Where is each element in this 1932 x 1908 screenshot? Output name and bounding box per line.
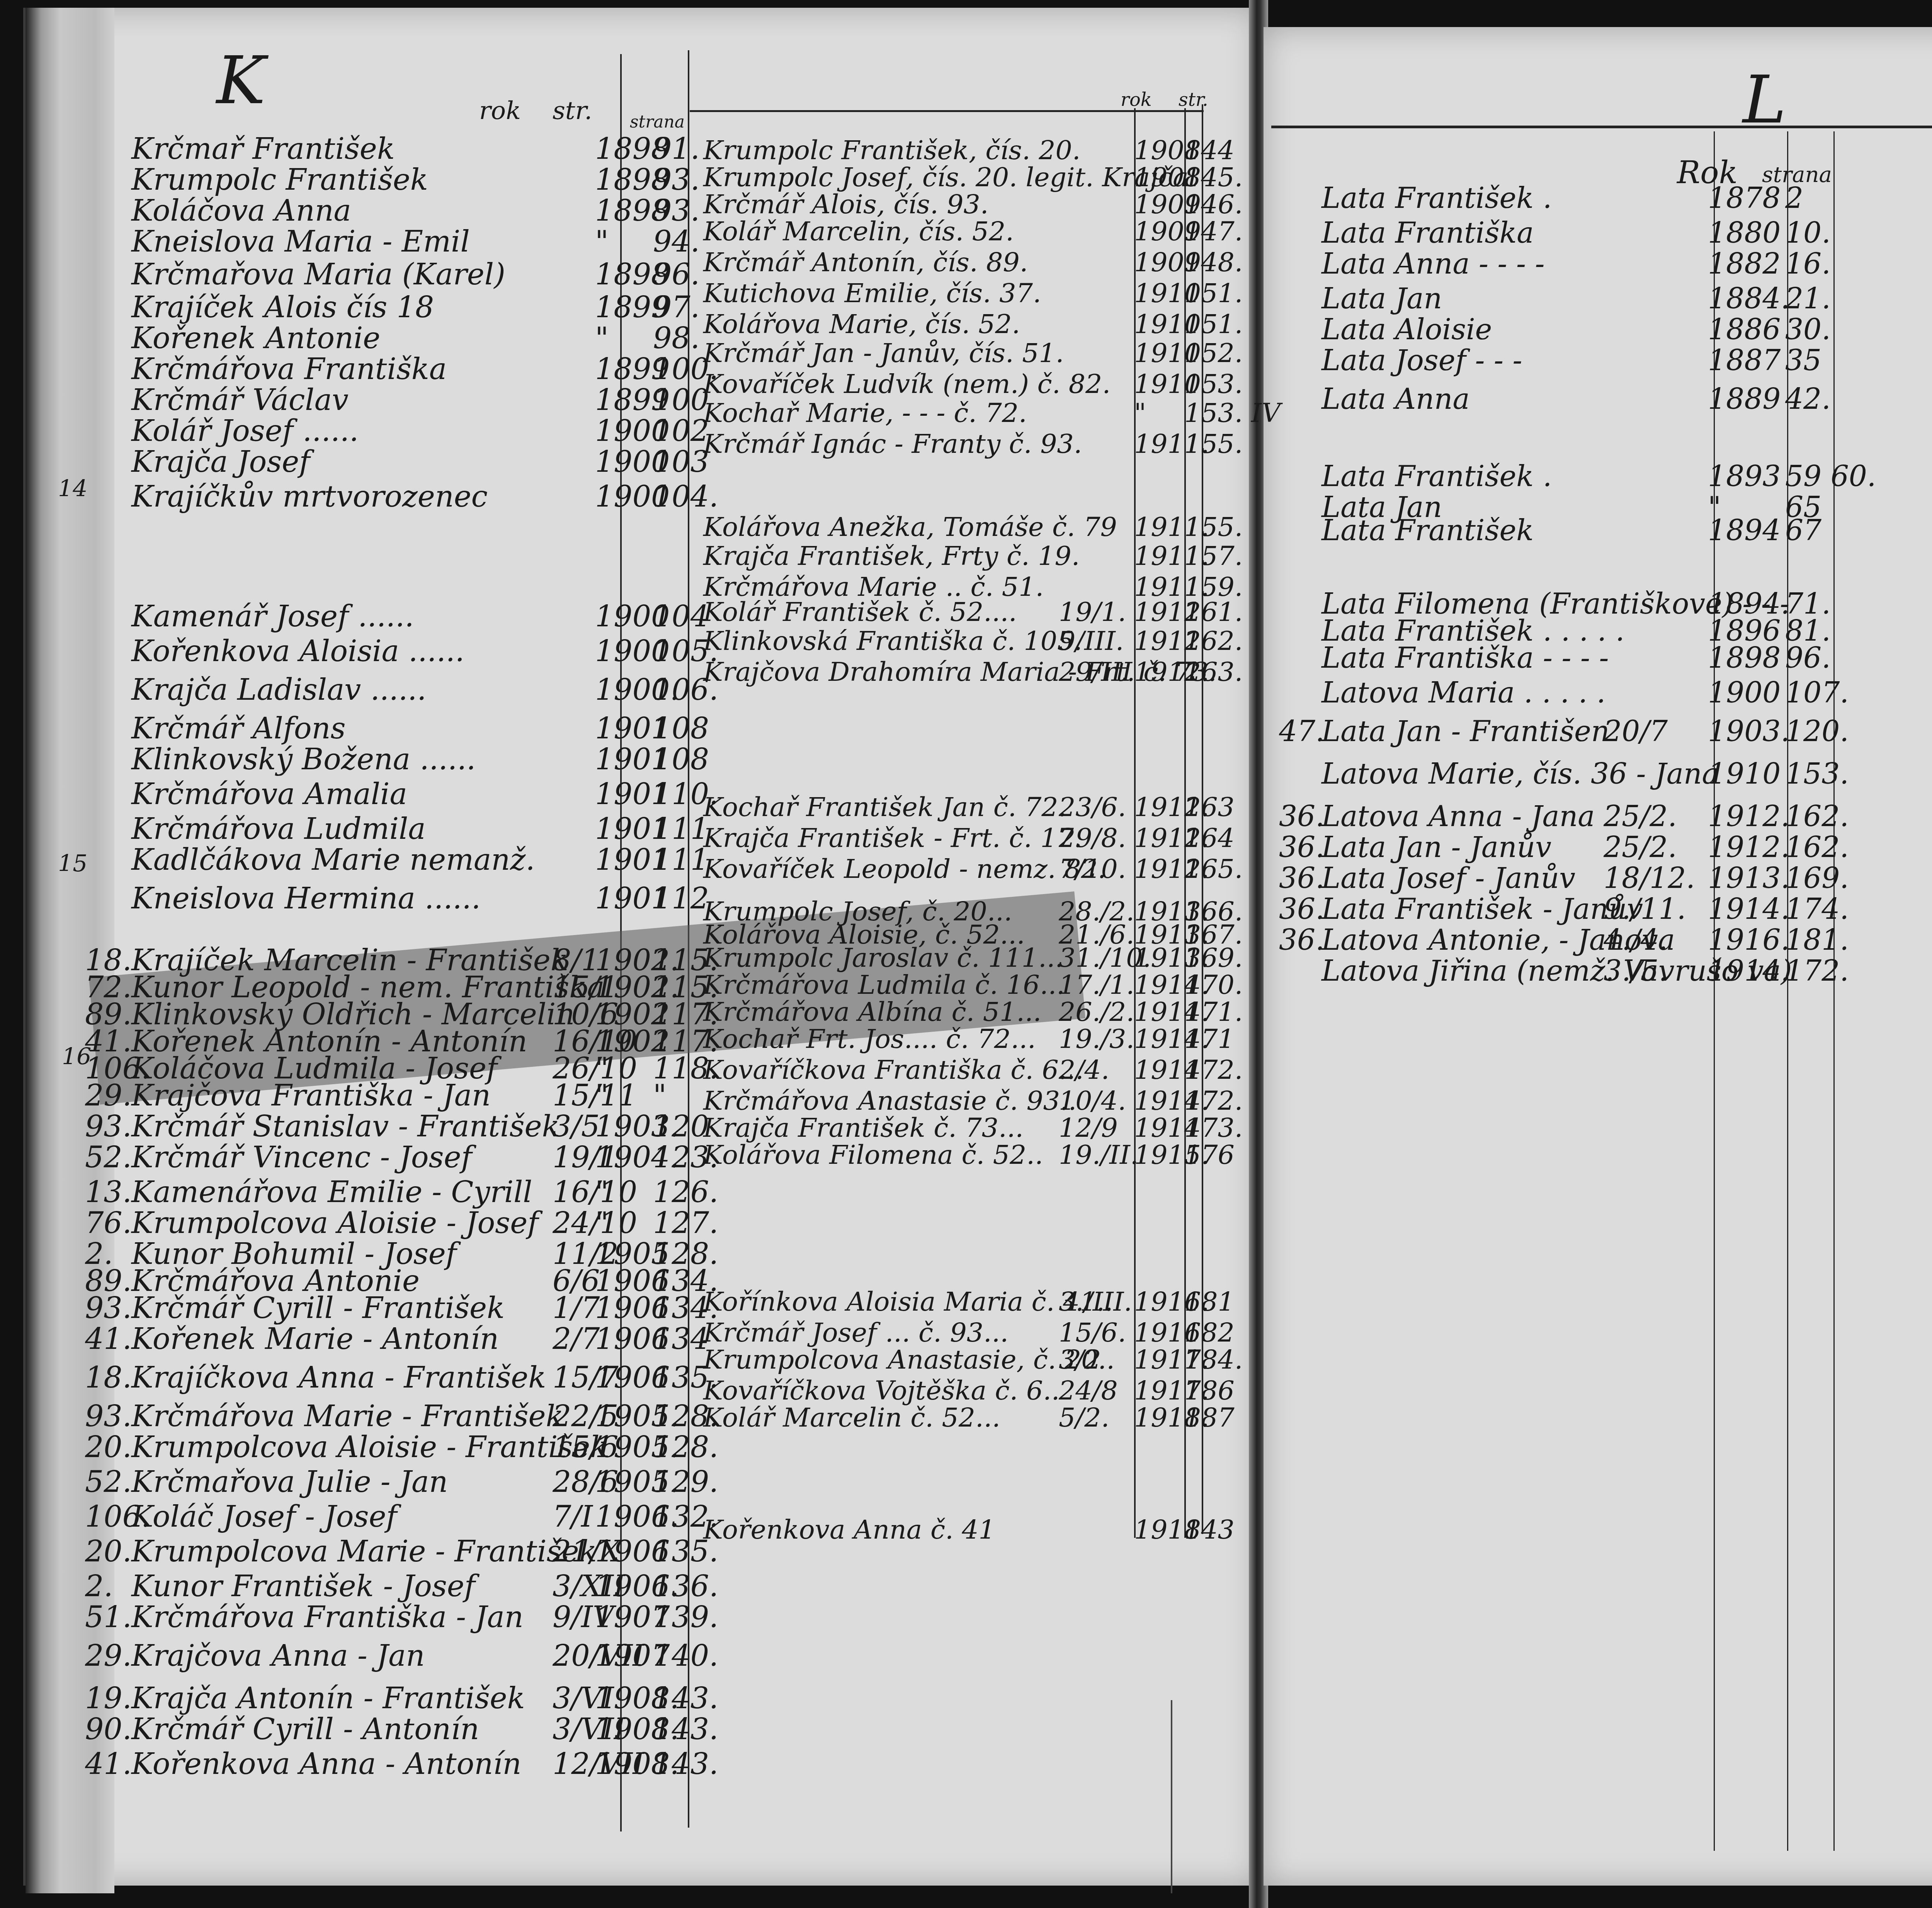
register-entry: 2.Kunor František - Josef3/XII1906.136. bbox=[89, 1569, 475, 1604]
register-entry: Kochař Marie, - - - č. 72."153. IV bbox=[703, 398, 1027, 431]
register-entry: 13.Kamenářova Emilie - Cyrill16/10"126. bbox=[89, 1175, 532, 1209]
entry-name: Krčmařova Maria (Karel) bbox=[131, 257, 505, 291]
entry-page: 100 bbox=[653, 383, 709, 417]
entry-name: Krčmář Antonín, čís. 89. bbox=[703, 247, 1028, 278]
register-entry: 41.Kořenek Marie - Antonín2/71906134 bbox=[89, 1321, 499, 1356]
entry-number: 76. bbox=[85, 1206, 132, 1240]
entry-page: 59 60. bbox=[1785, 460, 1876, 493]
entry-page: 120. bbox=[1785, 715, 1849, 748]
entry-year: " bbox=[595, 1175, 609, 1209]
register-entry: Lata Josef - - -188735 bbox=[1287, 344, 1522, 379]
entry-name: Krčmář Ignác - Franty č. 93. bbox=[703, 429, 1082, 459]
register-entry: 106.Koláč Josef - Josef7/I1906.132. bbox=[89, 1499, 397, 1534]
register-entry: Lata Aloisie188630. bbox=[1287, 313, 1492, 349]
header-rok: rok bbox=[479, 97, 521, 125]
register-entry: Kořínkova Aloisia Maria č. 41..3./III.19… bbox=[703, 1287, 1113, 1320]
entry-year: 1894 bbox=[1708, 514, 1781, 547]
entry-date: 19./3. bbox=[1059, 1024, 1134, 1054]
entry-page: 171 bbox=[1184, 1024, 1235, 1054]
register-entry: Krčmář Václav1899100 bbox=[89, 383, 349, 417]
entry-name: Krčmář Alfons bbox=[131, 711, 346, 745]
entry-year: 1913. bbox=[1708, 862, 1790, 895]
entry-year: 1916. bbox=[1708, 923, 1790, 957]
entry-page: 120 bbox=[653, 1109, 709, 1143]
entry-number: 18. bbox=[85, 1360, 132, 1394]
entry-number: 29. bbox=[85, 1078, 132, 1112]
entry-number: 36. bbox=[1279, 831, 1325, 864]
entry-page: 187 bbox=[1184, 1403, 1235, 1433]
entry-name: Krčmařova Julie - Jan bbox=[131, 1464, 448, 1499]
register-entry: 20.Krumpolcova Marie - František21/X1906… bbox=[89, 1534, 597, 1569]
register-entry: Kolář František č. 52....19/1.1912161. bbox=[703, 597, 1017, 630]
entry-year: 1878 bbox=[1708, 182, 1781, 215]
entry-name: Krčmář Josef ... č. 93... bbox=[703, 1318, 1009, 1348]
entry-name: Krčmářova Františka bbox=[131, 352, 447, 386]
entry-name: Lata Františka bbox=[1321, 216, 1534, 250]
entry-name: Lata Anna bbox=[1321, 383, 1470, 416]
entry-page: 102 bbox=[653, 413, 709, 448]
register-entry: Kadlčákova Marie nemanž.1901111 bbox=[89, 842, 535, 877]
entry-number: 2. bbox=[85, 1569, 113, 1603]
register-entry: Kolář Josef ......1900102 bbox=[89, 413, 359, 448]
entry-page: 182 bbox=[1184, 1318, 1235, 1348]
register-entry: Krčmařova Maria (Karel)189896. bbox=[89, 257, 505, 292]
register-entry: Krumpolcova Anastasie, č. 20..3/21917.18… bbox=[703, 1345, 1115, 1378]
entry-name: Kolářova Filomena č. 52.. bbox=[703, 1140, 1043, 1170]
entry-name: Krčmářova Ludmila bbox=[131, 811, 426, 846]
margin-number: 14 bbox=[58, 475, 87, 502]
entry-name: Lata František . bbox=[1321, 460, 1552, 493]
register-entry: Krčmářova Ludmila1901111 bbox=[89, 811, 426, 846]
entry-page: 144 bbox=[1184, 135, 1235, 166]
entry-year: " bbox=[595, 1206, 609, 1240]
entry-date: 29/8. bbox=[1059, 823, 1126, 854]
header-rok-b: rok bbox=[1121, 89, 1152, 111]
entry-name: Krajíčkova Anna - František bbox=[131, 1360, 546, 1394]
register-entry: Krčmářova Františka1899100. bbox=[89, 352, 447, 386]
entry-name: Kovaříčkova Vojtěška č. 6.. bbox=[703, 1376, 1060, 1406]
entry-name: Lata František - Janův bbox=[1321, 893, 1643, 926]
entry-number: 106. bbox=[85, 1499, 150, 1534]
entry-number: 19. bbox=[85, 1681, 132, 1715]
entry-name: Kneislova Maria - Emil bbox=[131, 224, 470, 258]
entry-date: 9/III. bbox=[1059, 626, 1124, 656]
entry-year: 1884. bbox=[1708, 282, 1790, 315]
entry-date: 1/7 bbox=[553, 1291, 600, 1325]
register-entry: Klinkovský Božena ......1901108 bbox=[89, 742, 476, 777]
entry-date: 10/4. bbox=[1059, 1086, 1126, 1116]
entry-date: 18/12. bbox=[1604, 862, 1695, 895]
register-entry: Kořenkova Anna č. 411918143 bbox=[703, 1515, 995, 1548]
column-rule bbox=[1833, 131, 1835, 1851]
entry-name: Kochař Marie, - - - č. 72. bbox=[703, 398, 1027, 429]
entry-name: Kochař František Jan č. 72. bbox=[703, 792, 1066, 823]
entry-page: 21. bbox=[1785, 282, 1831, 315]
register-entry: 19.Krajča Antonín - František3/VI1908.14… bbox=[89, 1681, 525, 1716]
entry-year: 1910 bbox=[1708, 757, 1781, 791]
entry-page: 169. bbox=[1785, 862, 1849, 895]
entry-name: Krajíček Alois čís 18 bbox=[131, 290, 434, 324]
register-entry: Kořenek Antonie"98. bbox=[89, 321, 380, 355]
entry-year: 1880 bbox=[1708, 216, 1781, 250]
header-str-b: str. bbox=[1179, 89, 1208, 111]
entry-name: Lata Anna - - - - bbox=[1321, 247, 1545, 281]
entry-page: 136. bbox=[653, 1569, 718, 1603]
entry-name: Kolář František č. 52.... bbox=[703, 597, 1017, 627]
entry-page: 67 bbox=[1785, 514, 1821, 547]
entry-page: 108 bbox=[653, 742, 709, 776]
register-entry: Koláčova Anna189893. bbox=[89, 193, 351, 228]
register-entry: 47.Lata Jan - Františen20/71903.120. bbox=[1287, 715, 1609, 750]
entry-name: Kovaříček Leopold - nemz. 82. bbox=[703, 854, 1106, 884]
entry-name: Lata Jan - Františen bbox=[1321, 715, 1609, 748]
entry-name: Lata Jan - Janův bbox=[1321, 831, 1551, 864]
entry-year: 1898 bbox=[1708, 641, 1781, 675]
entry-name: Kunor František - Josef bbox=[131, 1569, 475, 1603]
entry-year: 1889 bbox=[1708, 383, 1781, 416]
entry-date: 3./5. bbox=[1604, 954, 1668, 988]
header-str: str. bbox=[553, 97, 592, 125]
register-entry: Krajča František, Frty č. 19.1911.157. bbox=[703, 541, 1080, 574]
entry-name: Krajíčkův mrtvorozenec bbox=[131, 479, 488, 514]
entry-name: Klinkovská Františka č. 105. bbox=[703, 626, 1082, 656]
entry-name: Krajča František, Frty č. 19. bbox=[703, 541, 1080, 571]
entry-page: 169. bbox=[1184, 943, 1243, 973]
entry-page: 107. bbox=[1785, 676, 1849, 709]
entry-name: Kořenkova Anna č. 41 bbox=[703, 1515, 995, 1545]
entry-name: Krumpolc František bbox=[131, 162, 428, 197]
entry-name: Krumpolcova Aloisie - Josef bbox=[131, 1206, 538, 1240]
entry-number: 90. bbox=[85, 1712, 132, 1746]
entry-page: 147. bbox=[1184, 216, 1243, 247]
entry-name: Krajča František - Frt. č. 17. bbox=[703, 823, 1082, 854]
entry-number: 41. bbox=[85, 1321, 132, 1356]
entry-page: 42. bbox=[1785, 383, 1831, 416]
entry-page: 96. bbox=[1785, 641, 1831, 675]
entry-page: 181 bbox=[1184, 1287, 1235, 1317]
entry-year: 1914. bbox=[1708, 893, 1790, 926]
entry-name: Krumpolcova Marie - František bbox=[131, 1534, 597, 1568]
entry-name: Krčmářova Ludmila č. 16... bbox=[703, 970, 1065, 1000]
entry-page: 129. bbox=[653, 1464, 718, 1499]
entry-page: 104 bbox=[653, 599, 709, 633]
entry-number: 20. bbox=[85, 1534, 132, 1568]
entry-date: 2/7 bbox=[553, 1321, 600, 1356]
entry-page: 104. bbox=[653, 479, 718, 514]
entry-year: " bbox=[1134, 398, 1146, 429]
index-letter-k: K bbox=[216, 43, 265, 119]
register-entry: Kořenkova Aloisia ......1900105. bbox=[89, 634, 464, 668]
entry-page: 186 bbox=[1184, 1376, 1235, 1406]
entry-year: 1914. bbox=[1708, 954, 1790, 988]
entry-page: 10. bbox=[1785, 216, 1831, 250]
entry-date: 3./III. bbox=[1059, 1287, 1132, 1317]
entry-year: 1886 bbox=[1708, 313, 1781, 346]
register-entry: Lata Anna - - - -188216. bbox=[1287, 247, 1545, 283]
register-entry: 90.Krčmář Cyrill - Antonín3/VII1908.143. bbox=[89, 1712, 479, 1746]
entry-page: 111 bbox=[653, 842, 709, 877]
entry-page: 108 bbox=[653, 711, 709, 745]
register-entry: 52.Krčmařova Julie - Jan28/61905.129. bbox=[89, 1464, 448, 1499]
entry-name: Kořenek Marie - Antonín bbox=[131, 1321, 499, 1356]
header-strana: strana bbox=[630, 112, 685, 132]
entry-year: 1882 bbox=[1708, 247, 1781, 281]
entry-page: 157. bbox=[1184, 541, 1243, 571]
entry-year: 1912. bbox=[1708, 831, 1790, 864]
entry-page: 176 bbox=[1184, 1140, 1235, 1170]
register-entry: Kovaříček Leopold - nemz. 82.7/10.1912.1… bbox=[703, 854, 1106, 887]
entry-page: 173. bbox=[1184, 1113, 1243, 1143]
entry-date: 25/2. bbox=[1604, 831, 1677, 864]
margin-number: 15 bbox=[58, 850, 87, 877]
entry-year: 1887 bbox=[1708, 344, 1781, 377]
register-entry: Kneislova Maria - Emil"94. bbox=[89, 224, 470, 259]
entry-name: Kneislova Hermina ...... bbox=[131, 881, 481, 915]
entry-name: Krajča Ladislav ...... bbox=[131, 672, 426, 707]
entry-page: 126. bbox=[653, 1175, 718, 1209]
entry-number: 36. bbox=[1279, 893, 1325, 926]
register-entry: Krčmář Jan - Janův, čís. 51.1910152. bbox=[703, 338, 1064, 371]
entry-name: Lata Josef - - - bbox=[1321, 344, 1522, 377]
entry-name: Lata Josef - Janův bbox=[1321, 862, 1575, 895]
entry-page: 2 bbox=[1785, 182, 1803, 215]
entry-name: Krčmářova Albína č. 51... bbox=[703, 997, 1041, 1027]
entry-year: " bbox=[595, 321, 609, 355]
entry-page: 172. bbox=[1184, 1055, 1243, 1085]
entry-name: Krajčova Františka - Jan bbox=[131, 1078, 491, 1112]
entry-page: 140. bbox=[653, 1638, 718, 1673]
register-entry: 29.Krajčova Anna - Jan20/VII1907140. bbox=[89, 1638, 425, 1673]
entry-page: 151. bbox=[1184, 278, 1243, 309]
entry-name: Krčmářova Marie - František bbox=[131, 1399, 563, 1433]
entry-page: 139. bbox=[653, 1600, 718, 1634]
entry-date: 12/9 bbox=[1059, 1113, 1118, 1143]
entry-number: 36. bbox=[1279, 923, 1325, 957]
entry-name: Kořínkova Aloisia Maria č. 41.. bbox=[703, 1287, 1113, 1317]
entry-name: Kolář Marcelin č. 52... bbox=[703, 1403, 1000, 1433]
register-entry: 36.Lata Josef - Janův18/12.1913.169. bbox=[1287, 862, 1575, 897]
entry-name: Latova Maria . . . . . bbox=[1321, 676, 1605, 709]
entry-page: 93. bbox=[653, 193, 700, 228]
register-entry: 93.Krčmář Stanislav - František3/51903.1… bbox=[89, 1109, 560, 1144]
entry-name: Kutichova Emilie, čís. 37. bbox=[703, 278, 1041, 309]
entry-page: 143. bbox=[653, 1746, 718, 1781]
register-entry: Kovaříček Ludvík (nem.) č. 82.1910153. bbox=[703, 369, 1111, 402]
register-entry: Kovaříčkova Františka č. 6...2/4.1914172… bbox=[703, 1055, 1084, 1088]
register-entry: 36.Lata František - Janův9./11.1914.174. bbox=[1287, 893, 1643, 928]
entry-date: 17./1. bbox=[1059, 970, 1134, 1000]
entry-page: 163. bbox=[1184, 657, 1243, 687]
register-entry: 76.Krumpolcova Aloisie - Josef24/10"127. bbox=[89, 1206, 538, 1240]
index-letter-l: L bbox=[1743, 62, 1786, 138]
entry-date: 2/4. bbox=[1059, 1055, 1109, 1085]
entry-date: 3/5 bbox=[553, 1109, 600, 1143]
entry-name: Krčmař František bbox=[131, 131, 395, 166]
entry-name: Kořenkova Anna - Antonín bbox=[131, 1746, 521, 1781]
entry-name: Lata Aloisie bbox=[1321, 313, 1492, 346]
entry-page: 184. bbox=[1184, 1345, 1243, 1375]
entry-number: 93. bbox=[85, 1399, 132, 1433]
entry-page: 98. bbox=[653, 321, 700, 355]
entry-number: 36. bbox=[1279, 800, 1325, 833]
entry-number: 13. bbox=[85, 1175, 132, 1209]
entry-name: Krajča Josef bbox=[131, 444, 310, 479]
entry-date: 4./4. bbox=[1604, 923, 1668, 957]
entry-name: Krajčova Anna - Jan bbox=[131, 1638, 425, 1673]
entry-name: Lata František bbox=[1321, 514, 1534, 547]
entry-name: Krčmář Stanislav - František bbox=[131, 1109, 560, 1143]
entry-name: Kořenek Antonie bbox=[131, 321, 380, 355]
entry-name: Kolářova Marie, čís. 52. bbox=[703, 309, 1020, 340]
register-entry: Krajíček Alois čís 18189997. bbox=[89, 290, 434, 325]
entry-number: 52. bbox=[85, 1140, 132, 1174]
register-entry: Lata František189467 bbox=[1287, 514, 1534, 549]
entry-year: " bbox=[595, 1078, 609, 1112]
entry-name: Krajča Antonín - František bbox=[131, 1681, 525, 1715]
scanned-register-spread: K L rok str. strana rok str. Rok strana … bbox=[0, 0, 1932, 1908]
register-entry: 93.Krčmářova Marie - František22/51905.1… bbox=[89, 1399, 563, 1434]
entry-year: " bbox=[595, 224, 609, 258]
entry-date: 5/2. bbox=[1059, 1403, 1109, 1433]
entry-date: 29/III bbox=[1059, 657, 1132, 687]
entry-page: 148. bbox=[1184, 247, 1243, 278]
register-entry: Kochař František Jan č. 72.23/6.1912.163 bbox=[703, 792, 1066, 825]
entry-year: 1912. bbox=[1708, 800, 1790, 833]
entry-name: Kamenářova Emilie - Cyrill bbox=[131, 1175, 532, 1209]
entry-name: Kořenkova Aloisia ...... bbox=[131, 634, 464, 668]
entry-page: 97. bbox=[653, 290, 700, 324]
entry-name: Lata František . bbox=[1321, 182, 1552, 215]
entry-date: 20/7 bbox=[1604, 715, 1668, 748]
entry-date: 19./II. bbox=[1059, 1140, 1138, 1170]
register-entry: 29.Krajčova Františka - Jan15/11"" bbox=[89, 1078, 491, 1113]
entry-page: 162. bbox=[1785, 800, 1849, 833]
entry-page: 153. bbox=[1184, 369, 1243, 400]
entry-page: 143. bbox=[653, 1712, 718, 1746]
entry-page: 181. bbox=[1785, 923, 1849, 957]
entry-page: 93. bbox=[653, 162, 700, 197]
register-entry: 18.Krajíčkova Anna - František15/7190613… bbox=[89, 1360, 546, 1395]
entry-name: Krčmářova Amalia bbox=[131, 777, 407, 811]
register-entry: Krčmář Antonín, čís. 89.1909148. bbox=[703, 247, 1028, 281]
entry-name: Krčmář Cyrill - Antonín bbox=[131, 1712, 479, 1746]
entry-name: Krumpolcova Aloisie - František bbox=[131, 1430, 608, 1464]
entry-name: Krumpolc Jaroslav č. 111... bbox=[703, 943, 1063, 973]
entry-page: 170. bbox=[1184, 970, 1243, 1000]
entry-date: 7/I bbox=[553, 1499, 593, 1534]
entry-page: 143 bbox=[1184, 1515, 1235, 1545]
entry-date: 3/2 bbox=[1059, 1345, 1101, 1375]
entry-page: 146. bbox=[1184, 189, 1243, 220]
register-entry: Kolář Marcelin č. 52...5/2.1918.187 bbox=[703, 1403, 1000, 1436]
entry-page: 96. bbox=[653, 257, 700, 291]
register-entry: Lata Jan1884.21. bbox=[1287, 282, 1442, 318]
entry-name: Klinkovský Božena ...... bbox=[131, 742, 476, 776]
entry-page: 94. bbox=[653, 224, 700, 258]
entry-number: 20. bbox=[85, 1430, 132, 1464]
entry-name: Kovaříček Ludvík (nem.) č. 82. bbox=[703, 369, 1111, 400]
register-entry: Latova Jiřina (nemž. Vavrušo va)3./5.191… bbox=[1287, 954, 1792, 990]
entry-page: 127. bbox=[653, 1206, 718, 1240]
register-entry: Kolářova Anežka, Tomáše č. 791911.155. bbox=[703, 512, 1117, 545]
register-entry: Kochař Frt. Jos.... č. 72...19./3.1914.1… bbox=[703, 1024, 1036, 1057]
entry-date: 25/2. bbox=[1604, 800, 1677, 833]
register-entry: Krčmař František189891. bbox=[89, 131, 395, 166]
entry-page: 165. bbox=[1184, 854, 1243, 884]
entry-page: 174. bbox=[1785, 893, 1849, 926]
entry-page: 145. bbox=[1184, 162, 1243, 193]
register-entry: Krčmář Alfons1901108 bbox=[89, 711, 346, 746]
entry-page: " bbox=[653, 1078, 667, 1112]
entry-page: 153. IV bbox=[1184, 398, 1281, 429]
entry-name: Kochař Frt. Jos.... č. 72... bbox=[703, 1024, 1036, 1054]
entry-name: Koláčova Anna bbox=[131, 193, 351, 228]
entry-name: Lata Jan bbox=[1321, 282, 1442, 315]
column-rule bbox=[1171, 1700, 1172, 1893]
register-entry: 20.Krumpolcova Aloisie - František15/619… bbox=[89, 1430, 608, 1464]
entry-date: 9./11. bbox=[1604, 893, 1686, 926]
register-entry: Krajíčkův mrtvorozenec1900104. bbox=[89, 479, 488, 514]
entry-name: Krajča František č. 73... bbox=[703, 1113, 1024, 1143]
entry-date: 26./2. bbox=[1059, 997, 1134, 1027]
entry-page: 112 bbox=[653, 881, 709, 915]
register-entry: 36.Latova Antonie, - Janova4./4.1916.181… bbox=[1287, 923, 1675, 959]
entry-name: Kolářova Anežka, Tomáše č. 79 bbox=[703, 512, 1117, 542]
entry-date: 7/10. bbox=[1059, 854, 1126, 884]
register-entry: Klinkovská Františka č. 105.9/III.191216… bbox=[703, 626, 1082, 659]
entry-page: 16. bbox=[1785, 247, 1831, 281]
entry-year: 1903. bbox=[1708, 715, 1790, 748]
entry-number: 29. bbox=[85, 1638, 132, 1673]
register-entry: 41.Kořenkova Anna - Antonín12/VII1908.14… bbox=[89, 1746, 521, 1781]
register-entry: Kutichova Emilie, čís. 37.1910151. bbox=[703, 278, 1041, 311]
entry-name: Krčmářova Františka - Jan bbox=[131, 1600, 524, 1634]
entry-name: Krčmář Alois, čís. 93. bbox=[703, 189, 988, 220]
entry-number: 47. bbox=[1279, 715, 1325, 748]
entry-page: 171. bbox=[1184, 997, 1243, 1027]
register-entry: Krumpolc František189893. bbox=[89, 162, 428, 197]
entry-page: 143. bbox=[653, 1681, 718, 1715]
entry-page: 162. bbox=[1785, 831, 1849, 864]
entry-name: Krumpolc František, čís. 20. bbox=[703, 135, 1080, 166]
entry-name: Koláč Josef - Josef bbox=[131, 1499, 397, 1534]
entry-name: Kovaříčkova Františka č. 6... bbox=[703, 1055, 1084, 1085]
entry-page: 172. bbox=[1785, 954, 1849, 988]
entry-name: Krčmář Cyrill - František bbox=[131, 1291, 505, 1325]
entry-date: 15/6. bbox=[1059, 1318, 1126, 1348]
entry-page: 30. bbox=[1785, 313, 1831, 346]
entry-page: 162. bbox=[1184, 626, 1243, 656]
entry-page: 151. bbox=[1184, 309, 1243, 340]
entry-name: Krumpolc Josef, čís. 20. legit. Krajča bbox=[703, 162, 1189, 193]
entry-page: 172. bbox=[1184, 1086, 1243, 1116]
register-entry: Kolář Marcelin, čís. 52.1909147. bbox=[703, 216, 1014, 250]
register-entry: 36.Latova Anna - Jana25/2.1912.162. bbox=[1287, 800, 1595, 835]
entry-page: 103 bbox=[653, 444, 709, 479]
entry-date: 23/6. bbox=[1059, 792, 1126, 823]
entry-name: Latova Anna - Jana bbox=[1321, 800, 1595, 833]
entry-name: Krumpolcova Anastasie, č. 20.. bbox=[703, 1345, 1115, 1375]
entry-number: 93. bbox=[85, 1291, 132, 1325]
entry-name: Kolář Marcelin, čís. 52. bbox=[703, 216, 1014, 247]
entry-page: 111 bbox=[653, 811, 709, 846]
register-entry: Latova Marie, čís. 36 - Jana1910153. bbox=[1287, 757, 1719, 793]
register-entry: Lata Františka188010. bbox=[1287, 216, 1534, 252]
register-entry: Kolářova Marie, čís. 52.1910151. bbox=[703, 309, 1020, 342]
register-entry: Krajča Josef1900103 bbox=[89, 444, 310, 479]
entry-page: 91. bbox=[653, 131, 700, 166]
register-entry: 93.Krčmář Cyrill - František1/71906134. bbox=[89, 1291, 505, 1325]
